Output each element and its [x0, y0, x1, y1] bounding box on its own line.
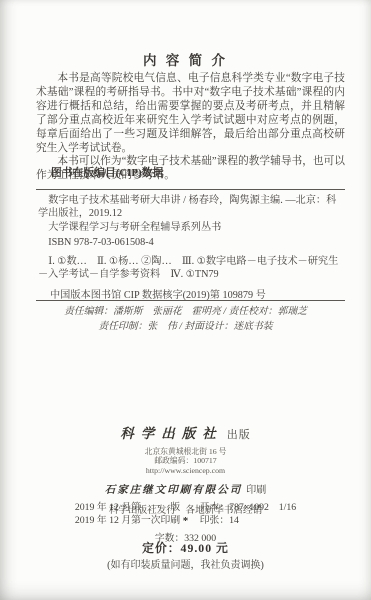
publisher-role-label: 出版: [227, 429, 251, 441]
impression-line: 2019 年 12 月第一次印刷 印张：14: [75, 515, 296, 528]
staff-editors-line: 责任编辑：潘斯斯 张丽花 霍明亮 / 责任校对：郭瑞芝: [0, 304, 371, 319]
publisher-name-line: 科学出版社 出版: [0, 422, 371, 443]
printer-name: 石家庄继文印刷有限公司: [105, 485, 243, 496]
printer-role-label: 印刷: [246, 485, 266, 496]
quality-note-line: (如有印装质量问题，我社负责调换): [0, 556, 371, 571]
cip-series-line: 大学课程学习与考研全程辅导系列丛书: [38, 221, 344, 234]
cip-data-block: 数字电子技术基础考研大串讲 / 杨春玲，陶隽源主编. —北京：科学出版社，201…: [38, 194, 344, 302]
printing-info-block: 2019 年 12 月第 一 版 开本：787×1092 1/16 2019 年…: [0, 502, 371, 544]
publisher-address: 北京东黄城根北街 16 号: [0, 447, 371, 456]
publisher-website: http://www.sciencep.com: [0, 466, 371, 475]
staff-credits: 责任编辑：潘斯斯 张丽花 霍明亮 / 责任校对：郭瑞芝 责任印制：张 伟 / 封…: [0, 304, 371, 334]
cip-heading: 图书在版编目(CIP)数据: [51, 165, 163, 180]
publisher-postcode: 邮政编码：100717: [0, 456, 371, 465]
price-line: 定价：49.00 元: [0, 539, 371, 556]
cip-isbn-line: ISBN 978-7-03-061508-4: [38, 236, 344, 249]
summary-paragraph-1: 本书是高等院校电气信息、电子信息科学类专业“数字电子技术基础”课程的考研指导书。…: [36, 72, 345, 155]
cip-entry-line: 数字电子技术基础考研大串讲 / 杨春玲，陶隽源主编. —北京：科学出版社，201…: [38, 194, 344, 220]
divider-line-bottom: [36, 300, 345, 301]
divider-line-top: [36, 189, 345, 190]
publisher-name: 科学出版社: [120, 426, 223, 441]
section-title: 内 容 简 介: [0, 49, 371, 69]
printer-line: 石家庄继文印刷有限公司 印刷: [0, 480, 371, 498]
staff-printing-line: 责任印制：张 伟 / 封面设计：迷底书装: [0, 319, 371, 334]
edition-impression-group: 2019 年 12 月第 一 版 开本：787×1092 1/16 2019 年…: [75, 502, 296, 527]
book-copyright-page: 内 容 简 介 本书是高等院校电气信息、电子信息科学类专业“数字电子技术基础”课…: [0, 0, 371, 600]
cip-classification-line: Ⅰ. ①数… Ⅱ. ①杨… ②陶… Ⅲ. ①数字电路－电子技术－研究生－入学考试…: [38, 255, 344, 281]
edition-line: 2019 年 12 月第 一 版 开本：787×1092 1/16: [75, 502, 296, 515]
